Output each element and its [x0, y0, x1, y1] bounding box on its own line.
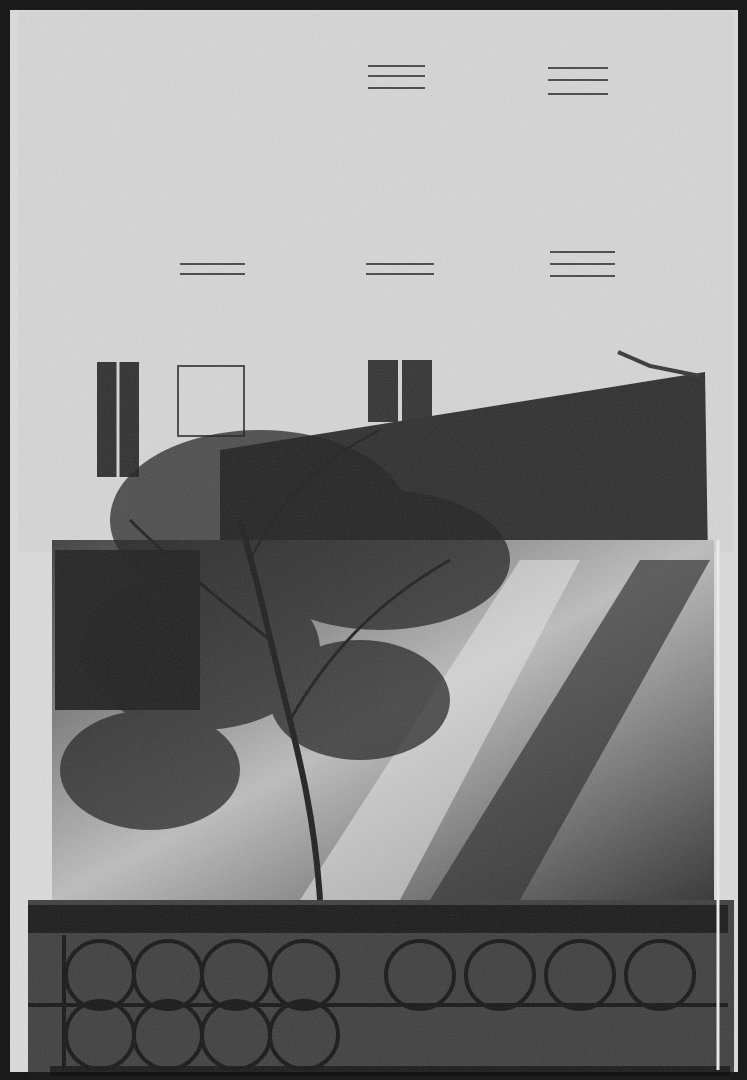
photo-canvas	[0, 0, 747, 1080]
film-grain	[10, 10, 738, 1072]
photograph	[0, 0, 747, 1080]
